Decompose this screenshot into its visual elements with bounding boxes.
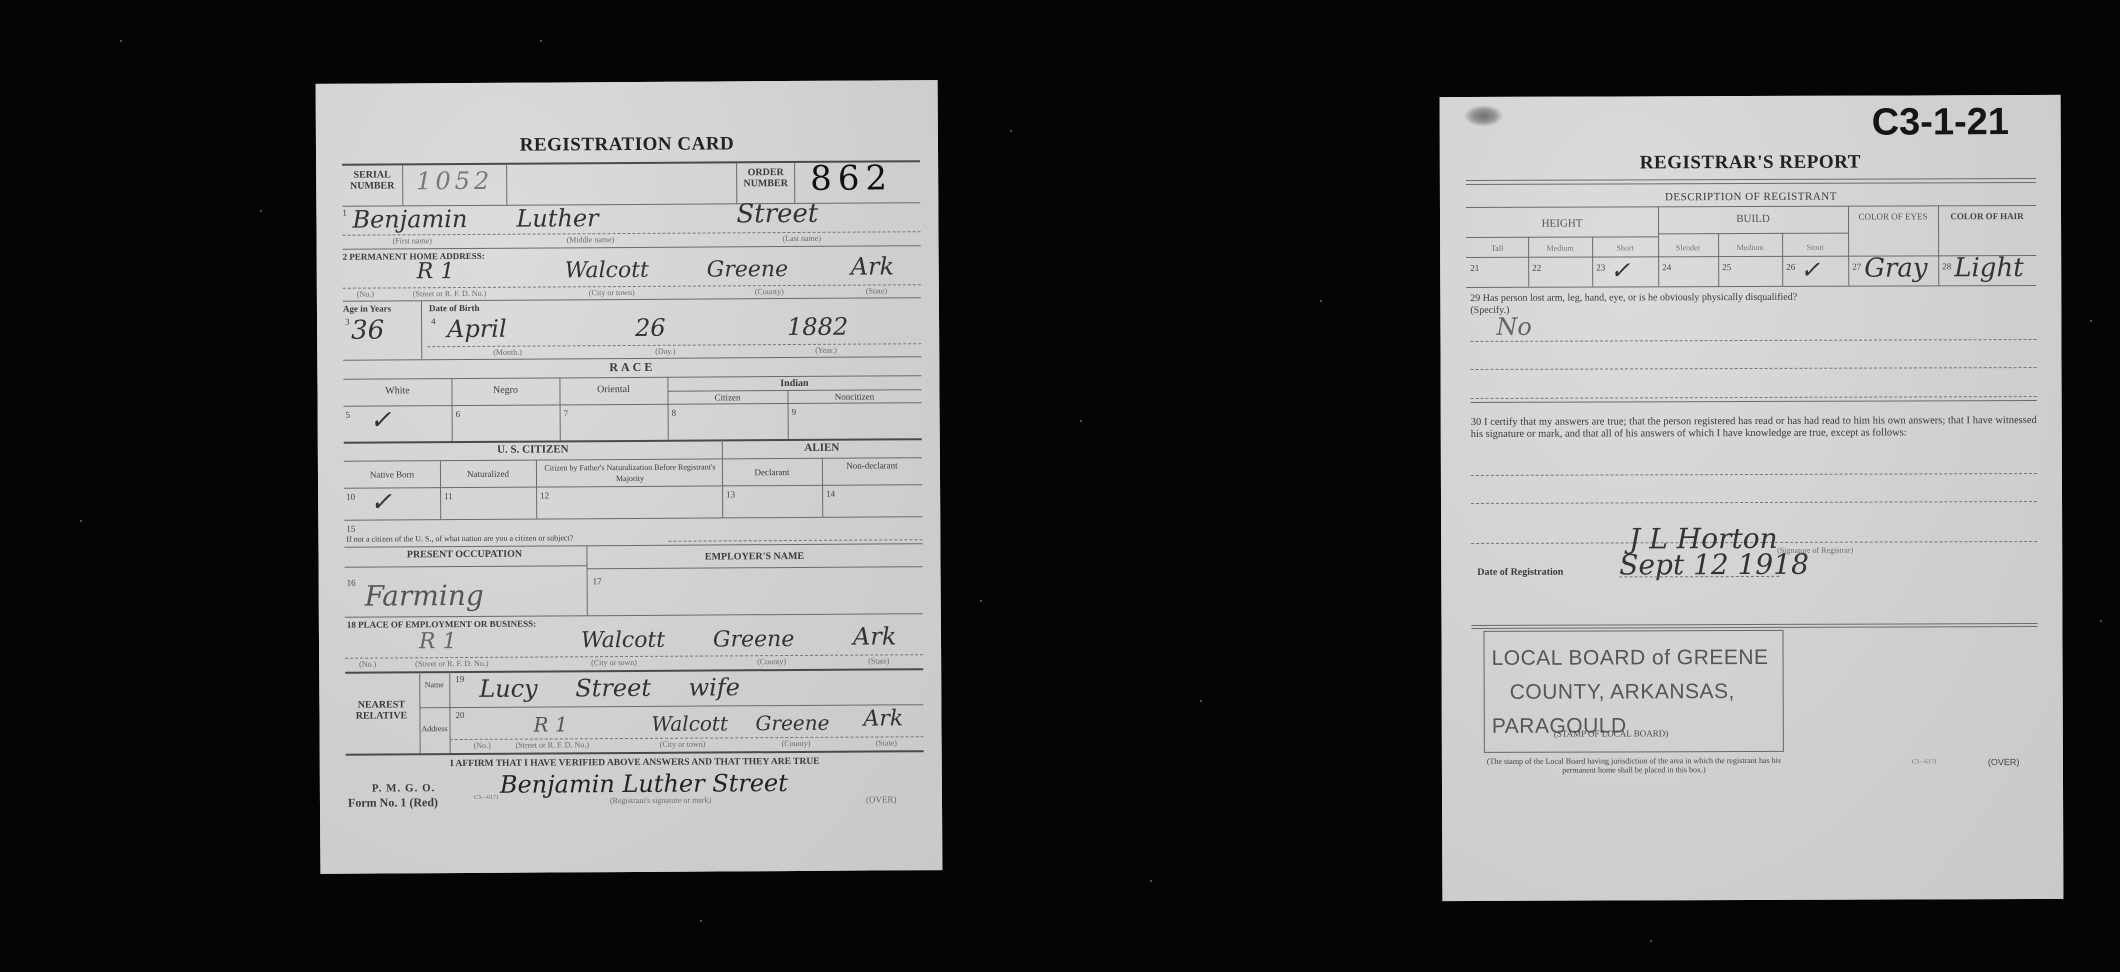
- q29-text: 29 Has person lost arm, leg, hand, eye, …: [1470, 291, 2040, 304]
- relative-address-label: Address: [420, 723, 450, 734]
- field-number: 3: [345, 317, 350, 327]
- employer-label: EMPLOYER'S NAME: [586, 550, 922, 563]
- field-number: 14: [826, 489, 835, 499]
- home-city: Walcott: [565, 258, 649, 284]
- order-number-value: 862: [810, 158, 893, 199]
- report-title: REGISTRAR'S REPORT: [1440, 151, 2061, 175]
- ink-smudge: [1464, 105, 1504, 127]
- race-indian-citizen-label: Citizen: [667, 392, 787, 404]
- field-number: 16: [347, 578, 356, 588]
- us-citizen-heading: U. S. CITIZEN: [344, 443, 722, 456]
- field-number: 22: [1532, 263, 1541, 273]
- field-number: 10: [346, 492, 355, 502]
- no-label: (No.): [359, 660, 376, 669]
- occupation-value: Farming: [365, 579, 484, 613]
- last-name: Street: [736, 199, 818, 229]
- field-number: 19: [455, 674, 464, 684]
- field-number: 27: [1852, 262, 1861, 272]
- race-white-mark: ✓: [370, 405, 392, 435]
- race-oriental-label: Oriental: [559, 384, 667, 396]
- over-label: (OVER): [1988, 757, 2020, 767]
- dob-month: April: [447, 315, 507, 343]
- state-label: (State): [876, 738, 897, 747]
- build-medium-label: Medium: [1718, 242, 1782, 253]
- registrant-signature: Benjamin Luther Street: [500, 769, 788, 799]
- first-name: Benjamin: [352, 205, 467, 234]
- employment-county: Greene: [713, 627, 794, 652]
- pmgo-label: P. M. G. O.: [372, 783, 436, 794]
- home-county: Greene: [707, 257, 788, 282]
- field-number: 26: [1786, 262, 1795, 272]
- employment-street: R 1: [419, 629, 457, 654]
- street-label: (Street or R. F. D. No.): [413, 289, 486, 298]
- height-short-label: Short: [1592, 242, 1658, 253]
- order-number-label: ORDER NUMBER: [738, 167, 793, 189]
- field-number: 23: [1596, 263, 1605, 273]
- race-indian-label: Indian: [667, 377, 921, 390]
- relative-name-value: Lucy Street wife: [479, 673, 740, 703]
- stamp-line-2: COUNTY, ARKANSAS,: [1510, 680, 1735, 705]
- native-born-label: Native Born: [344, 469, 440, 481]
- relative-street: R 1: [533, 712, 567, 736]
- field-number: 13: [726, 489, 735, 499]
- county-label: (County): [755, 287, 784, 296]
- stamp-line-1: LOCAL BOARD of GREENE: [1492, 646, 1769, 671]
- dob-label: Date of Birth: [429, 303, 480, 314]
- declarant-label: Declarant: [722, 467, 822, 479]
- eyes-heading: COLOR OF EYES: [1848, 211, 1938, 222]
- serial-number-value: 1052: [416, 167, 493, 195]
- county-label: (County): [757, 657, 786, 666]
- relative-city: Walcott: [651, 711, 728, 735]
- stamp-note: (The stamp of the Local Board having jur…: [1484, 756, 1784, 775]
- no-label: (No.): [357, 290, 374, 299]
- year-label: (Year.): [815, 346, 837, 355]
- race-heading: RACE: [343, 360, 921, 375]
- hair-heading: COLOR OF HAIR: [1938, 211, 2036, 222]
- relative-name-label: Name: [419, 679, 449, 690]
- description-heading: DESCRIPTION OF REGISTRANT: [1466, 191, 2036, 204]
- corner-code: C3-1-21: [1872, 101, 2009, 144]
- q15-label: If not a citizen of the U. S., of what n…: [346, 532, 573, 544]
- age-value: 36: [351, 315, 384, 345]
- state-label: (State): [866, 286, 887, 295]
- race-negro-label: Negro: [451, 384, 559, 396]
- signature-label: (Registrant's signature or mark): [610, 796, 711, 806]
- field-number: 9: [792, 407, 797, 417]
- field-number: 20: [455, 710, 464, 720]
- field-number: 24: [1662, 262, 1671, 272]
- city-label: (City or town): [660, 740, 706, 749]
- occupation-label: PRESENT OCCUPATION: [344, 548, 584, 560]
- nondeclarant-label: Non-declarant: [832, 460, 912, 471]
- field-number: 1: [342, 208, 347, 218]
- registration-card: REGISTRATION CARD SERIAL NUMBER 1052 ORD…: [316, 80, 943, 874]
- build-stout-mark: ✓: [1800, 256, 1820, 284]
- build-stout-label: Stout: [1782, 242, 1848, 253]
- over-label: (OVER): [866, 794, 897, 804]
- field-number: 12: [540, 490, 549, 500]
- employment-city: Walcott: [581, 628, 665, 654]
- race-indian-noncitizen-label: Noncitizen: [787, 391, 921, 403]
- middle-name: Luther: [516, 204, 598, 233]
- height-tall-label: Tall: [1466, 243, 1528, 254]
- date-of-registration-label: Date of Registration: [1477, 567, 1563, 578]
- field-number: 6: [456, 409, 461, 419]
- no-label: (No.): [474, 741, 491, 750]
- relative-county: Greene: [755, 711, 829, 735]
- field-number: 15: [346, 524, 355, 534]
- month-label: (Month.): [493, 348, 522, 357]
- middle-name-label: (Middle name): [567, 235, 615, 244]
- height-heading: HEIGHT: [1466, 218, 1658, 230]
- nearest-relative-label: NEAREST RELATIVE: [345, 699, 417, 721]
- employment-state: Ark: [853, 622, 897, 650]
- field-number: 11: [444, 491, 453, 501]
- q29-answer: No: [1496, 313, 1532, 341]
- alien-heading: ALIEN: [722, 442, 922, 454]
- home-state: Ark: [851, 252, 895, 280]
- field-number: 8: [672, 408, 677, 418]
- age-label: Age in Years: [343, 303, 391, 314]
- native-born-mark: ✓: [370, 487, 392, 517]
- affirmation-text: I AFFIRM THAT I HAVE VERIFIED ABOVE ANSW…: [346, 756, 924, 771]
- county-label: (County): [782, 739, 811, 748]
- city-label: (City or town): [591, 658, 637, 667]
- field-number: 28: [1942, 261, 1951, 271]
- build-heading: BUILD: [1658, 214, 1848, 226]
- registrars-report-card: C3-1-21 REGISTRAR'S REPORT DESCRIPTION O…: [1440, 95, 2064, 901]
- relative-state: Ark: [863, 706, 903, 731]
- dob-year: 1882: [787, 313, 848, 341]
- build-slender-label: Slender: [1658, 242, 1718, 253]
- citizen-by-father-label: Citizen by Father's Naturalization Befor…: [540, 461, 720, 484]
- home-street: R 1: [417, 259, 455, 284]
- eye-color-value: Gray: [1864, 253, 1927, 283]
- field-number: 5: [346, 410, 351, 420]
- hair-color-value: Light: [1954, 253, 2024, 283]
- state-label: (State): [868, 656, 889, 665]
- card-title: REGISTRATION CARD: [316, 132, 938, 158]
- dob-day: 26: [635, 314, 666, 342]
- stamp-label: (STAMP OF LOCAL BOARD): [1554, 728, 1668, 738]
- field-number: 4: [431, 316, 436, 326]
- form-number: Form No. 1 (Red): [348, 797, 438, 809]
- print-code: C3—6171: [474, 795, 499, 801]
- height-medium-label: Medium: [1528, 243, 1592, 254]
- field-number: 25: [1722, 262, 1731, 272]
- serial-number-label: SERIAL NUMBER: [342, 169, 402, 191]
- race-white-label: White: [343, 385, 451, 397]
- street-label: (Street or R. F. D. No.): [516, 740, 589, 749]
- last-name-label: (Last name): [783, 234, 821, 243]
- field-number: 7: [564, 408, 569, 418]
- height-short-mark: ✓: [1610, 256, 1630, 284]
- field-number: 17: [593, 576, 602, 586]
- field-number: 21: [1470, 263, 1479, 273]
- print-code: C3—6171: [1912, 759, 1937, 765]
- q30-text: 30 I certify that my answers are true; t…: [1471, 415, 2037, 441]
- first-name-label: (First name): [393, 236, 432, 245]
- day-label: (Day.): [655, 347, 675, 356]
- street-label: (Street or R. F. D. No.): [415, 659, 488, 668]
- naturalized-label: Naturalized: [440, 469, 536, 481]
- home-address-label: 2 PERMANENT HOME ADDRESS:: [343, 251, 485, 263]
- city-label: (City or town): [589, 288, 635, 297]
